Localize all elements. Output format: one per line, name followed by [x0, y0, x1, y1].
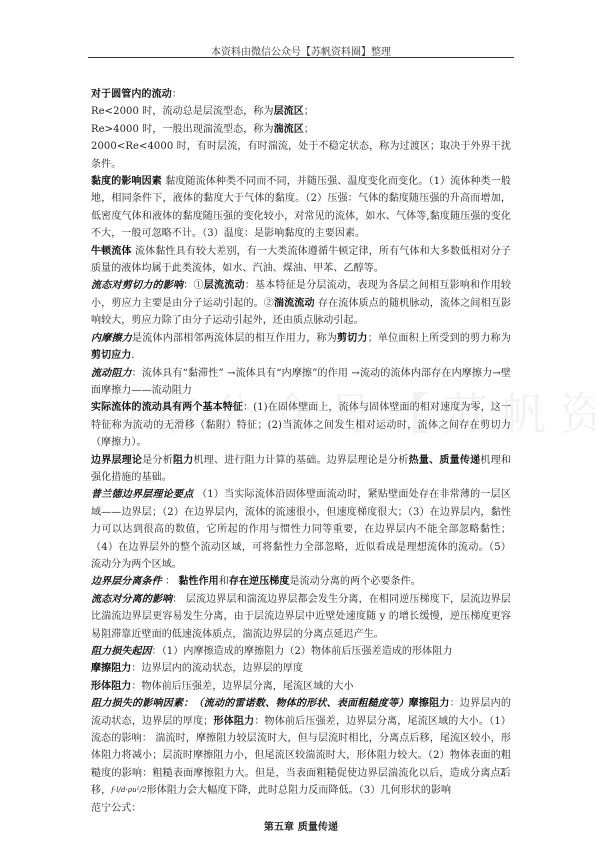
term: 湍流流动 [274, 298, 315, 309]
text: 是流体内部相邻两流体层的相互作用力，称为 [132, 333, 337, 344]
paragraph-laminar: Re<2000 时，流动总是层流型态，称为层流区； [91, 103, 511, 120]
text: 形体阻力会大幅度下降，此时总阻力反而降低。（3）几何形状的影响 [147, 785, 451, 796]
text: ； [304, 106, 314, 117]
text: 是分析 [142, 455, 173, 466]
heading-prandtl: 普兰德边界层理论要点 [91, 489, 194, 500]
text: ： [172, 89, 182, 100]
heading-friction-resistance: 摩擦阻力 [91, 663, 131, 674]
heading-real-fluid: 实际流体的流动具有两个基本特征 [91, 402, 243, 413]
heading-newtonian-fluid: 牛顿流体 [91, 246, 132, 257]
paragraph-prandtl: 普兰德边界层理论要点 （1）当实际流体沿固体壁面流动时，紧贴壁面处存在非常薄的一… [91, 486, 511, 573]
text: Re<2000 时，流动总是层流型态，称为 [91, 106, 274, 117]
paragraph-form-resistance: 形体阻力：物体前后压强差，边界层分离，尾流区域的大小 [91, 678, 511, 695]
header-divider [88, 57, 514, 58]
paragraph-internal-friction: 内摩擦力是流体内部相邻两流体层的相互作用力，称为剪切力；单位面积上所受到的剪力称… [91, 330, 511, 365]
paragraph-friction-resistance: 摩擦阻力：边界层内的流动状态，边界层的厚度 [91, 660, 511, 677]
paragraph-fanning: 范宁公式： [91, 800, 511, 817]
term: 摩擦阻力 [409, 698, 450, 709]
heading-boundary-theory: 边界层理论 [91, 455, 142, 466]
term: 存在逆压梯度 [229, 576, 290, 587]
text: ；单位面积上所受到的剪力称为 [368, 333, 511, 344]
paragraph-flow-resistance: 流动阻力：流体具有“黏滞性” →流体具有“内摩擦”的作用 →流动的流体内部存在内… [91, 365, 511, 400]
paragraph-resistance-cause: 阻力损失起因：（1）内摩擦造成的摩擦阻力（2）物体前后压强差造成的形体阻力 [91, 643, 511, 660]
paragraph-transition: 2000<Re<4000 时，有时层流，有时湍流，处于不稳定状态，称为过渡区；取… [91, 138, 511, 173]
term-laminar-zone: 层流区 [274, 106, 304, 117]
text: ：流体具有“黏滞性” →流体具有“内摩擦”的作用 →流动的流体内部存在内摩擦力→… [91, 368, 511, 396]
document-body: 对于圆管内的流动： Re<2000 时，流动总是层流型态，称为层流区； Re>4… [91, 86, 511, 836]
text: 流体黏性具有较大差别，有一大类流体遵循牛顿定律，所有气体和大多数低相对分子质量的… [91, 246, 511, 274]
heading-flow-shear: 流态对剪切力的影响 [91, 280, 183, 291]
text: 机理、进行阻力计算的基础。边界层理论是分析 [193, 455, 408, 466]
paragraph-newtonian-fluid: 牛顿流体 流体黏性具有较大差别，有一大类流体遵循牛顿定律，所有气体和大多数低相对… [91, 243, 511, 278]
paragraph-separation-conditions: 边界层分离条件 ： 黏性作用和存在逆压梯度是流动分离的两个必要条件。 [91, 573, 511, 590]
heading-viscosity-factors: 黏度的影响因素 [91, 176, 162, 187]
paragraph-flow-separation: 流态对分离的影响： 层流边界层和湍流边界层都会发生分离，在相同逆压梯度下，层流边… [91, 591, 511, 643]
text: ． [131, 350, 141, 361]
fanning-formula: f·l/d·ρu²/2 [111, 787, 146, 794]
text: （1）当实际流体沿固体壁面流动时，紧贴壁面处存在非常薄的一层区域——边界层；（2… [91, 489, 511, 570]
heading-resistance-cause: 阻力损失起因 [91, 646, 152, 657]
term: 剪切应力 [91, 350, 131, 361]
heading-resistance-factors: 阻力损失的影响因素：（流动的雷诺数、物体的形状、表面粗糙度等） [91, 698, 409, 709]
term: 形体阻力 [213, 716, 254, 727]
paragraph-turbulent: Re>4000 时，一般出现湍流型态，称为湍流区； [91, 121, 511, 138]
term-turbulent-zone: 湍流区 [274, 124, 304, 135]
heading-separation-conditions: 边界层分离条件 [91, 576, 162, 587]
heading-form-resistance: 形体阻力 [91, 681, 131, 692]
term: 阻力 [173, 455, 194, 466]
text: 是流动分离的两个必要条件。 [290, 576, 421, 587]
term: 热量、质量传递 [409, 455, 481, 466]
term: 剪切力 [337, 333, 368, 344]
paragraph-viscosity-factors: 黏度的影响因素 黏度随流体种类不同而不同，并随压强、温度变化而变化。（1）流体种… [91, 173, 511, 243]
text: 和 [219, 576, 229, 587]
heading-pipe-flow: 对于圆管内的流动 [91, 89, 172, 100]
paragraph-real-fluid: 实际流体的流动具有两个基本特征：(1)在固体壁面上，流体与固体壁面的相对速度为零… [91, 399, 511, 451]
text: ； [304, 124, 314, 135]
paragraph-pipe-flow: 对于圆管内的流动： [91, 86, 511, 103]
paragraph-flow-shear: 流态对剪切力的影响：①层流流动：基本特征是分层流动，表现为各层之间相互影响和作用… [91, 277, 511, 329]
chapter-title: 第五章 质量传递 [91, 819, 511, 836]
text: ：边界层内的流动状态，边界层的厚度 [131, 663, 303, 674]
text: ： [162, 576, 179, 587]
text: ：物体前后压强差，边界层分离，尾流区域的大小 [131, 681, 353, 692]
paragraph-boundary-theory: 边界层理论是分析阻力机理、进行阻力计算的基础。边界层理论是分析热量、质量传递机理… [91, 452, 511, 487]
heading-flow-resistance: 流动阻力 [91, 368, 132, 379]
text: ：① [183, 280, 204, 291]
heading-flow-separation: 流态对分离的影响 [91, 594, 172, 605]
page-header: 本资料由微信公众号【苏帆资料圈】整理 [88, 43, 514, 58]
term: 黏性作用 [178, 576, 218, 587]
term: 层流流动 [204, 280, 245, 291]
paragraph-resistance-factors: 阻力损失的影响因素：（流动的雷诺数、物体的形状、表面粗糙度等）摩擦阻力：边界层内… [91, 695, 511, 799]
text: ：（1）内摩擦造成的摩擦阻力（2）物体前后压强差造成的形体阻力 [152, 646, 453, 657]
text: Re>4000 时，一般出现湍流型态，称为 [91, 124, 274, 135]
heading-internal-friction: 内摩擦力 [91, 333, 132, 344]
